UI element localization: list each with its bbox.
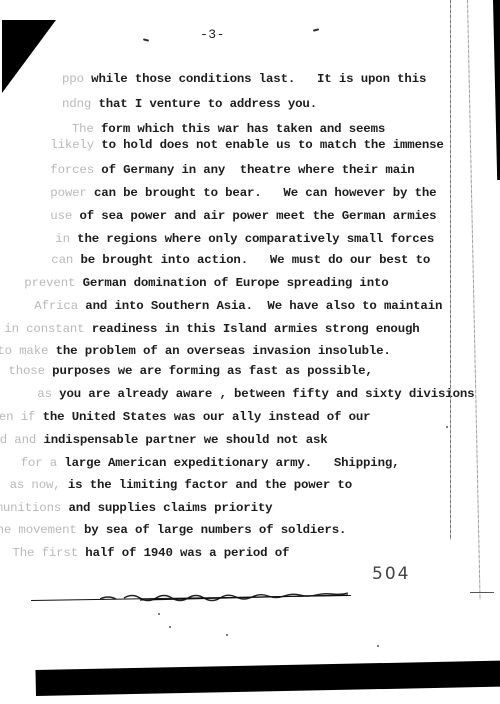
scan-edge-shadow [493, 0, 500, 180]
line-text: readiness in this Island armies strong e… [92, 322, 420, 336]
line-text: to hold does not enable us to match the … [101, 138, 443, 152]
line-text: while those conditions last. It is upon … [91, 72, 426, 86]
text-line: For those purposes we are forming as fas… [0, 363, 373, 379]
scan-speck [446, 426, 448, 428]
text-line: in constant readiness in this Island arm… [0, 321, 420, 337]
margin-mark [470, 592, 494, 593]
scan-corner-shadow [2, 20, 56, 93]
ink-mark [313, 28, 319, 31]
text-line: likely to hold does not enable us to mat… [43, 137, 444, 153]
faded-fragment: ndng [62, 97, 98, 111]
line-text: can be brought to bear. We can however b… [94, 186, 436, 200]
faded-fragment: as [30, 387, 59, 401]
faded-fragment: Even if [0, 410, 43, 424]
text-line: Africa and into Southern Asia. We have a… [27, 298, 442, 314]
line-text: large American expeditionary army. Shipp… [64, 456, 399, 470]
text-line: friend and indispensable partner we shou… [0, 432, 328, 448]
faded-fragment: likely [43, 138, 101, 152]
faded-fragment: import munitions [0, 501, 68, 515]
scan-speck [158, 613, 160, 615]
faded-fragment: use [43, 209, 79, 223]
line-text: by sea of large numbers of soldiers. [84, 523, 346, 537]
faded-fragment: in constant [0, 322, 92, 336]
text-line: ppo while those conditions last. It is u… [62, 71, 426, 87]
line-text: the regions where only comparatively sma… [77, 232, 434, 246]
margin-rule [467, 0, 481, 600]
line-text: form which this war has taken and seems [101, 122, 385, 136]
faded-fragment: prevent [17, 276, 83, 290]
faded-fragment: For those [0, 364, 52, 378]
line-text: the United States was our ally instead o… [43, 410, 371, 424]
faded-fragment: The [50, 122, 101, 136]
line-text: German domination of Europe spreading in… [83, 276, 389, 290]
line-text: purposes we are forming as fast as possi… [52, 364, 373, 378]
scan-speck [169, 626, 171, 628]
text-line: forces of Germany in any theatre where t… [43, 162, 415, 178]
margin-rule [450, 0, 451, 540]
scan-speck [226, 634, 228, 636]
text-line: prevent German domination of Europe spre… [17, 275, 389, 291]
faded-fragment: for a [6, 456, 64, 470]
line-text: and supplies claims priority [68, 501, 272, 515]
line-text: that I venture to address you. [98, 97, 317, 111]
line-text: is the limiting factor and the power to [68, 478, 352, 492]
line-text: half of 1940 was a period of [85, 546, 289, 560]
text-line: for a large American expeditionary army.… [6, 455, 399, 471]
line-text: the problem of an overseas invasion inso… [56, 344, 391, 358]
faded-fragment: The first [0, 546, 85, 560]
text-line: import munitions and supplies claims pri… [0, 500, 272, 516]
faded-fragment: to make [0, 344, 56, 358]
text-line: in the regions where only comparatively … [48, 231, 434, 247]
text-line: Even if the United States was our ally i… [0, 409, 370, 425]
faded-fragment: power [43, 186, 94, 200]
faded-fragment: friend and [0, 433, 43, 447]
text-line: as you are already aware , between fifty… [30, 386, 474, 402]
line-text: of Germany in any theatre where their ma… [101, 163, 414, 177]
text-line: over the movement by sea of large number… [0, 522, 346, 538]
page-number: -3- [200, 27, 225, 42]
faded-fragment: over the movement [0, 523, 84, 537]
faded-fragment: Africa [27, 299, 85, 313]
text-line: The first half of 1940 was a period of [0, 545, 289, 561]
text-line: can be brought into action. We must do o… [44, 252, 430, 268]
ink-mark [143, 38, 149, 41]
text-line: ndng that I venture to address you. [62, 96, 317, 112]
document-page: -3- ppo while those conditions last. It … [0, 0, 500, 704]
faded-fragment: ppo [62, 72, 91, 86]
faded-fragment: as now, [0, 478, 68, 492]
faded-fragment: can [44, 253, 80, 267]
scan-speck [377, 645, 379, 647]
text-line: as now, is the limiting factor and the p… [0, 477, 352, 493]
text-line: to make the problem of an overseas invas… [0, 343, 391, 359]
scan-bottom-shadow [35, 661, 500, 696]
line-text: of sea power and air power meet the Germ… [79, 209, 436, 223]
line-text: indispensable partner we should not ask [43, 433, 327, 447]
line-text: you are already aware , between fifty an… [59, 387, 474, 401]
handwritten-annotation: 504 [372, 564, 410, 584]
line-text: be brought into action. We must do our b… [80, 253, 430, 267]
line-text: and into Southern Asia. We have also to … [85, 299, 442, 313]
text-line: power can be brought to bear. We can how… [43, 185, 436, 201]
text-line: The form which this war has taken and se… [50, 121, 385, 137]
faded-fragment: in [48, 232, 77, 246]
faded-fragment: forces [43, 163, 101, 177]
text-line: use of sea power and air power meet the … [43, 208, 436, 224]
